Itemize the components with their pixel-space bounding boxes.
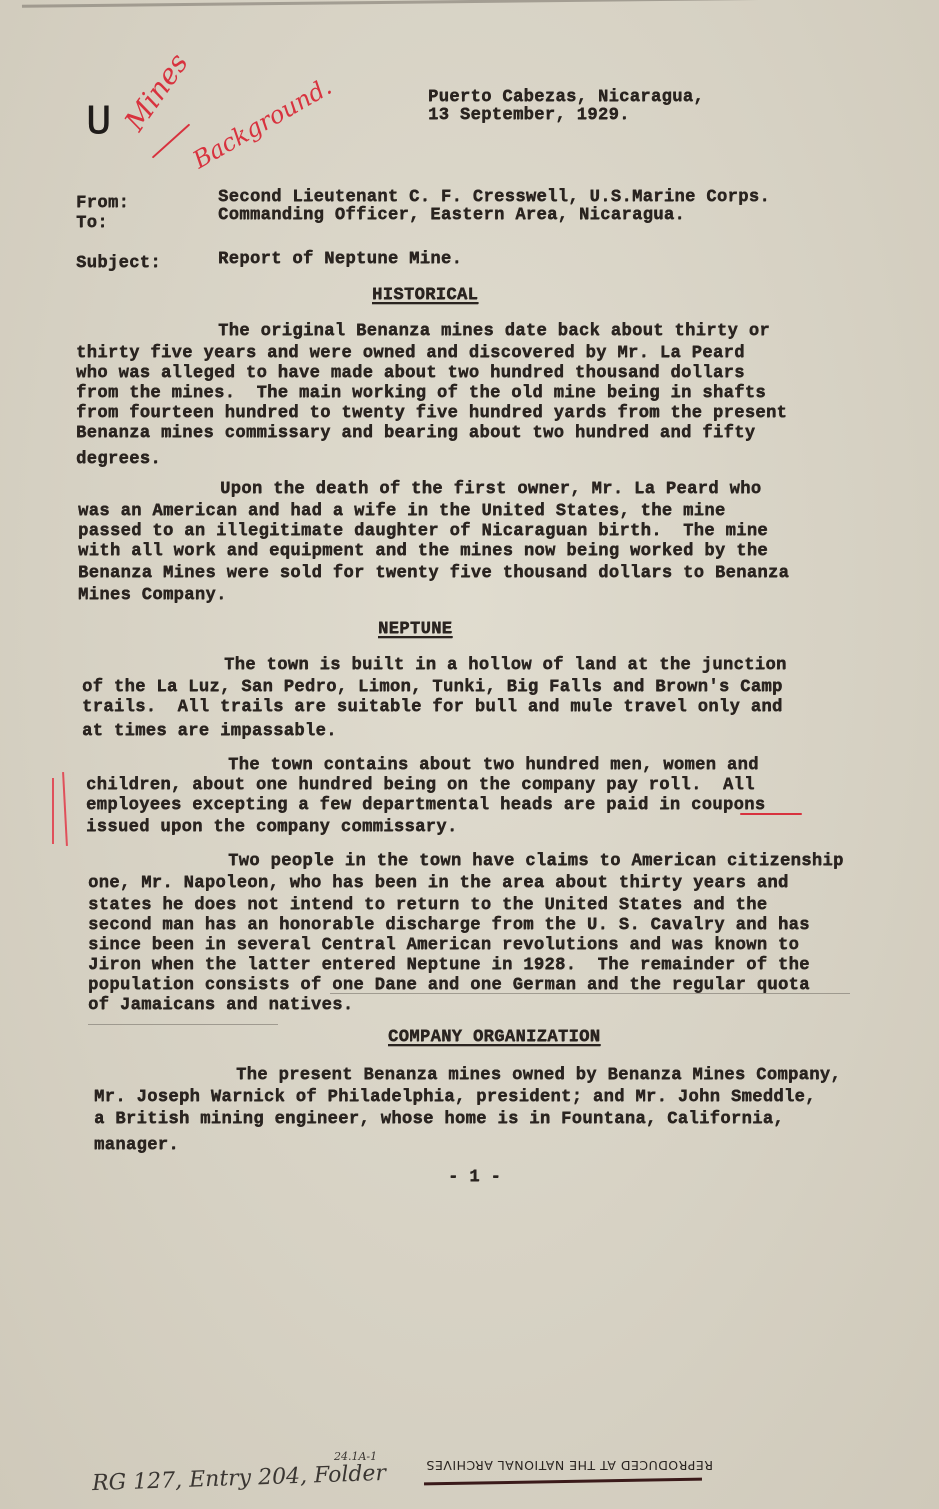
text-line: at times are impassable. xyxy=(82,722,337,741)
text-line: The original Benanza mines date back abo… xyxy=(218,322,770,341)
red-note-mines: Mines xyxy=(118,47,195,137)
section-heading-company-organization: COMPANY ORGANIZATION xyxy=(388,1028,600,1047)
margin-mark: U xyxy=(86,98,112,146)
text-line: was an American and had a wife in the Un… xyxy=(78,502,725,521)
archive-stamp-bar xyxy=(424,1478,702,1486)
coupons-red-underline xyxy=(740,813,802,815)
text-line: Benanza mines commissary and bearing abo… xyxy=(76,424,755,443)
text-line: one, Mr. Napoleon, who has been in the a… xyxy=(88,874,789,893)
to-label: To: xyxy=(76,214,108,233)
text-line: issued upon the company commissary. xyxy=(86,818,458,837)
text-line: who was alleged to have made about two h… xyxy=(76,364,745,383)
text-line: The town contains about two hundred men,… xyxy=(228,756,759,775)
text-line: manager. xyxy=(94,1136,179,1155)
text-line: passed to an illegitimate daughter of Ni… xyxy=(78,522,768,541)
text-line: The town is built in a hollow of land at… xyxy=(224,656,787,675)
page-number: - 1 - xyxy=(448,1168,501,1187)
text-line: Mines Company. xyxy=(78,586,227,605)
text-line: employees excepting a few departmental h… xyxy=(86,796,765,815)
text-line: of the La Luz, San Pedro, Limon, Tunki, … xyxy=(82,678,783,697)
red-note-background: Background. xyxy=(188,72,336,174)
text-line: of Jamaicans and natives. xyxy=(88,996,353,1015)
text-line: Upon the death of the first owner, Mr. L… xyxy=(220,480,761,499)
page-top-edge xyxy=(22,0,922,18)
text-line: degrees. xyxy=(76,450,161,469)
subject-label: Subject: xyxy=(76,254,161,273)
pencil-folder-number: 24.1A-1 xyxy=(334,1450,377,1463)
margin-red-line-1 xyxy=(52,778,54,844)
text-line: children, about one hundred being on the… xyxy=(86,776,755,795)
text-line: thirty five years and were owned and dis… xyxy=(76,344,745,363)
text-line: Benanza Mines were sold for twenty five … xyxy=(78,564,789,583)
from-value: Second Lieutenant C. F. Cresswell, U.S.M… xyxy=(218,188,770,207)
text-line: since been in several Central American r… xyxy=(88,936,799,955)
text-line: from fourteen hundred to twenty five hun… xyxy=(76,404,787,423)
pencil-citation: RG 127, Entry 204, Folder xyxy=(92,1461,387,1496)
text-line: The present Benanza mines owned by Benan… xyxy=(236,1066,841,1085)
text-line: states he does not intend to return to t… xyxy=(88,896,767,915)
text-line: from the mines. The main working of the … xyxy=(76,384,766,403)
section-heading-neptune: NEPTUNE xyxy=(378,620,452,639)
red-note-mines-underline xyxy=(152,124,190,159)
subject-value: Report of Neptune Mine. xyxy=(218,250,462,269)
margin-red-line-2 xyxy=(62,772,68,846)
text-line: with all work and equipment and the mine… xyxy=(78,542,768,561)
from-label: From: xyxy=(76,194,129,213)
text-line: Mr. Joseph Warnick of Philadelphia, pres… xyxy=(94,1088,816,1107)
text-line: trails. All trails are suitable for bull… xyxy=(82,698,783,717)
text-line: a British mining engineer, whose home is… xyxy=(94,1110,784,1129)
text-line: second man has an honorable discharge fr… xyxy=(88,916,810,935)
to-value: Commanding Officer, Eastern Area, Nicara… xyxy=(218,206,685,225)
text-line: Two people in the town have claims to Am… xyxy=(228,852,844,871)
date-line: 13 September, 1929. xyxy=(428,106,630,125)
text-line: Jiron when the latter entered Neptune in… xyxy=(88,956,810,975)
pencil-underline-2 xyxy=(88,1024,278,1025)
pencil-underline-1 xyxy=(330,993,850,994)
archive-stamp: REPRODUCED AT THE NATIONAL ARCHIVES xyxy=(426,1458,713,1473)
place-line: Puerto Cabezas, Nicaragua, xyxy=(428,88,704,107)
section-heading-historical: HISTORICAL xyxy=(372,286,478,305)
